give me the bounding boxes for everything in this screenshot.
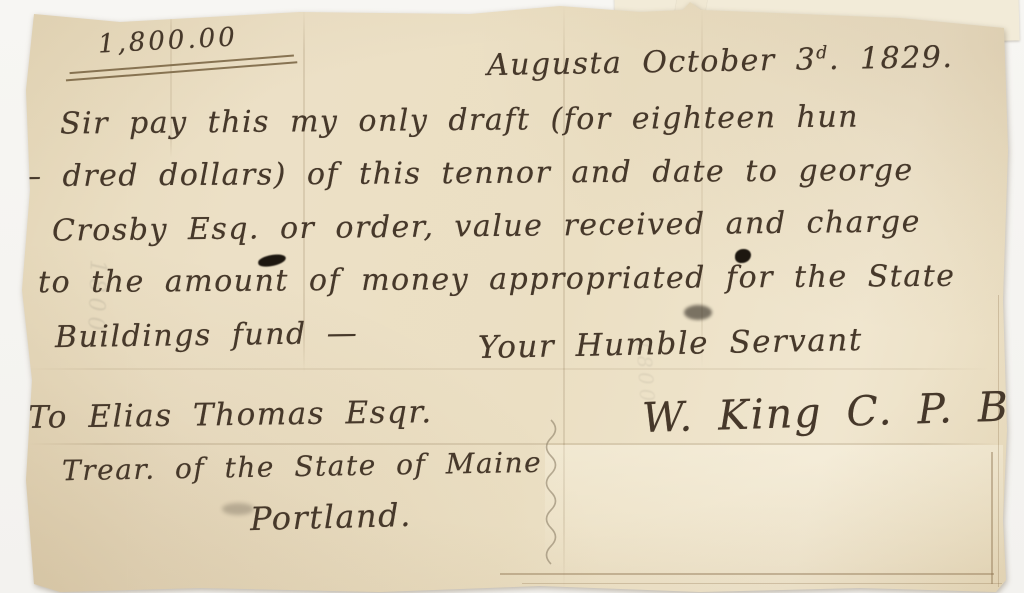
stacked-sheet-edge-1 [991, 452, 993, 584]
dateline-year: . 1829. [829, 40, 954, 77]
dateline: Augusta October 3d. 1829. [487, 40, 954, 83]
recipient-line-3: Portland. [250, 496, 413, 538]
body-line-4: to the amount of money appropriated for … [38, 259, 956, 300]
ink-smudge-2 [222, 503, 254, 515]
closing-salutation: Your Humble Servant [478, 322, 863, 366]
dateline-place-day: Augusta October 3 [487, 42, 817, 83]
amount-text: 1,800.00 [97, 22, 238, 59]
stacked-sheet-edge-2 [998, 295, 999, 587]
body-line-3: Crosby Esq. or order, value received and… [52, 204, 921, 248]
stacked-sheet-edge-4 [522, 583, 1002, 584]
body-line-1: Sir pay this my only draft (for eighteen… [60, 100, 859, 142]
ink-smudge-1 [684, 305, 712, 320]
paper-shadow-wrap: 1800 1800 1,800.00 Augusta October 3d. 1… [0, 0, 1024, 593]
signature: W. King C. P. B. [641, 382, 1024, 442]
dateline-ordinal-superscript: d [816, 43, 829, 63]
fold-crease-horizontal-1 [25, 368, 990, 370]
pen-squiggle-mark [540, 418, 562, 570]
document-scan: 1800 1800 1,800.00 Augusta October 3d. 1… [0, 0, 1024, 593]
fold-highlight-band [545, 445, 1003, 573]
body-line-5: Buildings fund — [55, 316, 359, 355]
body-line-2: – dred dollars) of this tennor and date … [26, 153, 914, 194]
recipient-line-2: Trear. of the State of Maine [62, 446, 543, 487]
stacked-sheet-edge-3 [500, 573, 994, 575]
paper-sheet: 1800 1800 1,800.00 Augusta October 3d. 1… [0, 0, 1024, 593]
amount-figure: 1,800.00 [97, 22, 238, 59]
recipient-line-1: To Elias Thomas Esqr. [28, 394, 433, 436]
